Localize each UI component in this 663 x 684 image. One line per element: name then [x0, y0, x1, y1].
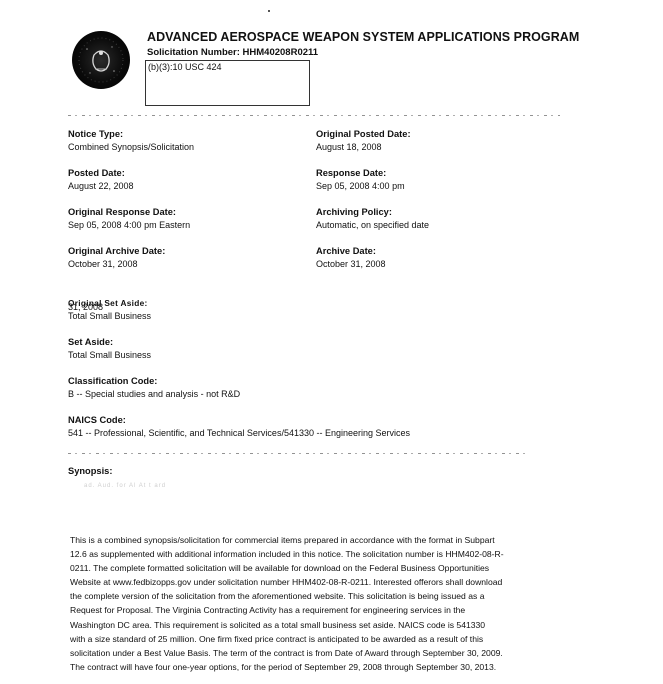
- scan-speck: [268, 10, 270, 12]
- field-label: Set Aside:: [68, 336, 151, 349]
- field-label: Posted Date:: [68, 167, 134, 180]
- field-notice-type: Notice Type: Combined Synopsis/Solicitat…: [68, 128, 194, 154]
- field-value: Sep 05, 2008 4:00 pm Eastern: [68, 219, 190, 232]
- field-label: Original Archive Date:: [68, 245, 165, 258]
- field-value: Sep 05, 2008 4:00 pm: [316, 180, 405, 193]
- redaction-label: (b)(3):10 USC 424: [148, 62, 222, 72]
- field-label: Classification Code:: [68, 375, 240, 388]
- field-naics-code: NAICS Code: 541 -- Professional, Scienti…: [68, 414, 410, 440]
- solicitation-number: Solicitation Number: HHM40208R0211: [147, 47, 318, 58]
- divider: [68, 115, 560, 116]
- field-value: 541 -- Professional, Scientific, and Tec…: [68, 427, 410, 440]
- field-archiving-policy: Archiving Policy: Automatic, on specifie…: [316, 206, 429, 232]
- field-archive-date: Archive Date: October 31, 2008: [316, 245, 386, 271]
- field-value: B -- Special studies and analysis - not …: [68, 388, 240, 401]
- divider: [68, 453, 528, 454]
- synopsis-line: The contract will have four one-year opt…: [70, 660, 590, 674]
- field-value: Total Small Business: [68, 310, 151, 323]
- field-value: October 31, 2008: [316, 258, 386, 271]
- field-label: Notice Type:: [68, 128, 194, 141]
- field-value: October 31, 2008: [68, 258, 165, 271]
- field-original-archive-date: Original Archive Date: October 31, 2008: [68, 245, 165, 271]
- field-value: August 22, 2008: [68, 180, 134, 193]
- field-label: Response Date:: [316, 167, 405, 180]
- field-value: Total Small Business: [68, 349, 151, 362]
- synopsis-line: Washington DC area. This requirement is …: [70, 618, 590, 632]
- synopsis-line: the complete version of the solicitation…: [70, 589, 590, 603]
- field-original-response-date: Original Response Date: Sep 05, 2008 4:0…: [68, 206, 190, 232]
- field-label: Original Set Aside:: [68, 297, 151, 310]
- synopsis-label: Synopsis:: [68, 466, 112, 476]
- field-classification-code: Classification Code: B -- Special studie…: [68, 375, 240, 401]
- agency-seal-icon: [72, 31, 130, 89]
- field-label: Original Response Date:: [68, 206, 190, 219]
- synopsis-line: 0211. The complete formatted solicitatio…: [70, 561, 590, 575]
- redaction-box: (b)(3):10 USC 424: [145, 60, 310, 106]
- field-set-aside: Set Aside: Total Small Business: [68, 336, 151, 362]
- synopsis-line: 12.6 as supplemented with additional inf…: [70, 547, 590, 561]
- field-original-posted-date: Original Posted Date: August 18, 2008: [316, 128, 411, 154]
- field-label: Archiving Policy:: [316, 206, 429, 219]
- field-response-date: Response Date: Sep 05, 2008 4:00 pm: [316, 167, 405, 193]
- synopsis-line: solicitation under a Best Value Basis. T…: [70, 646, 590, 660]
- faint-scan-text: ad. Aud. for Al At t ard: [84, 483, 166, 489]
- program-title: ADVANCED AEROSPACE WEAPON SYSTEM APPLICA…: [147, 30, 579, 44]
- field-label: NAICS Code:: [68, 414, 410, 427]
- synopsis-line: Website at www.fedbizopps.gov under soli…: [70, 575, 590, 589]
- field-value: Automatic, on specified date: [316, 219, 429, 232]
- field-value: Combined Synopsis/Solicitation: [68, 141, 194, 154]
- synopsis-line: This is a combined synopsis/solicitation…: [70, 533, 590, 547]
- field-value: August 18, 2008: [316, 141, 411, 154]
- field-posted-date: Posted Date: August 22, 2008: [68, 167, 134, 193]
- field-label: Archive Date:: [316, 245, 386, 258]
- synopsis-body: This is a combined synopsis/solicitation…: [70, 533, 590, 674]
- synopsis-line: with a size standard of 25 million. One …: [70, 632, 590, 646]
- synopsis-line: Request for Proposal. The Virginia Contr…: [70, 603, 590, 617]
- field-label: Original Posted Date:: [316, 128, 411, 141]
